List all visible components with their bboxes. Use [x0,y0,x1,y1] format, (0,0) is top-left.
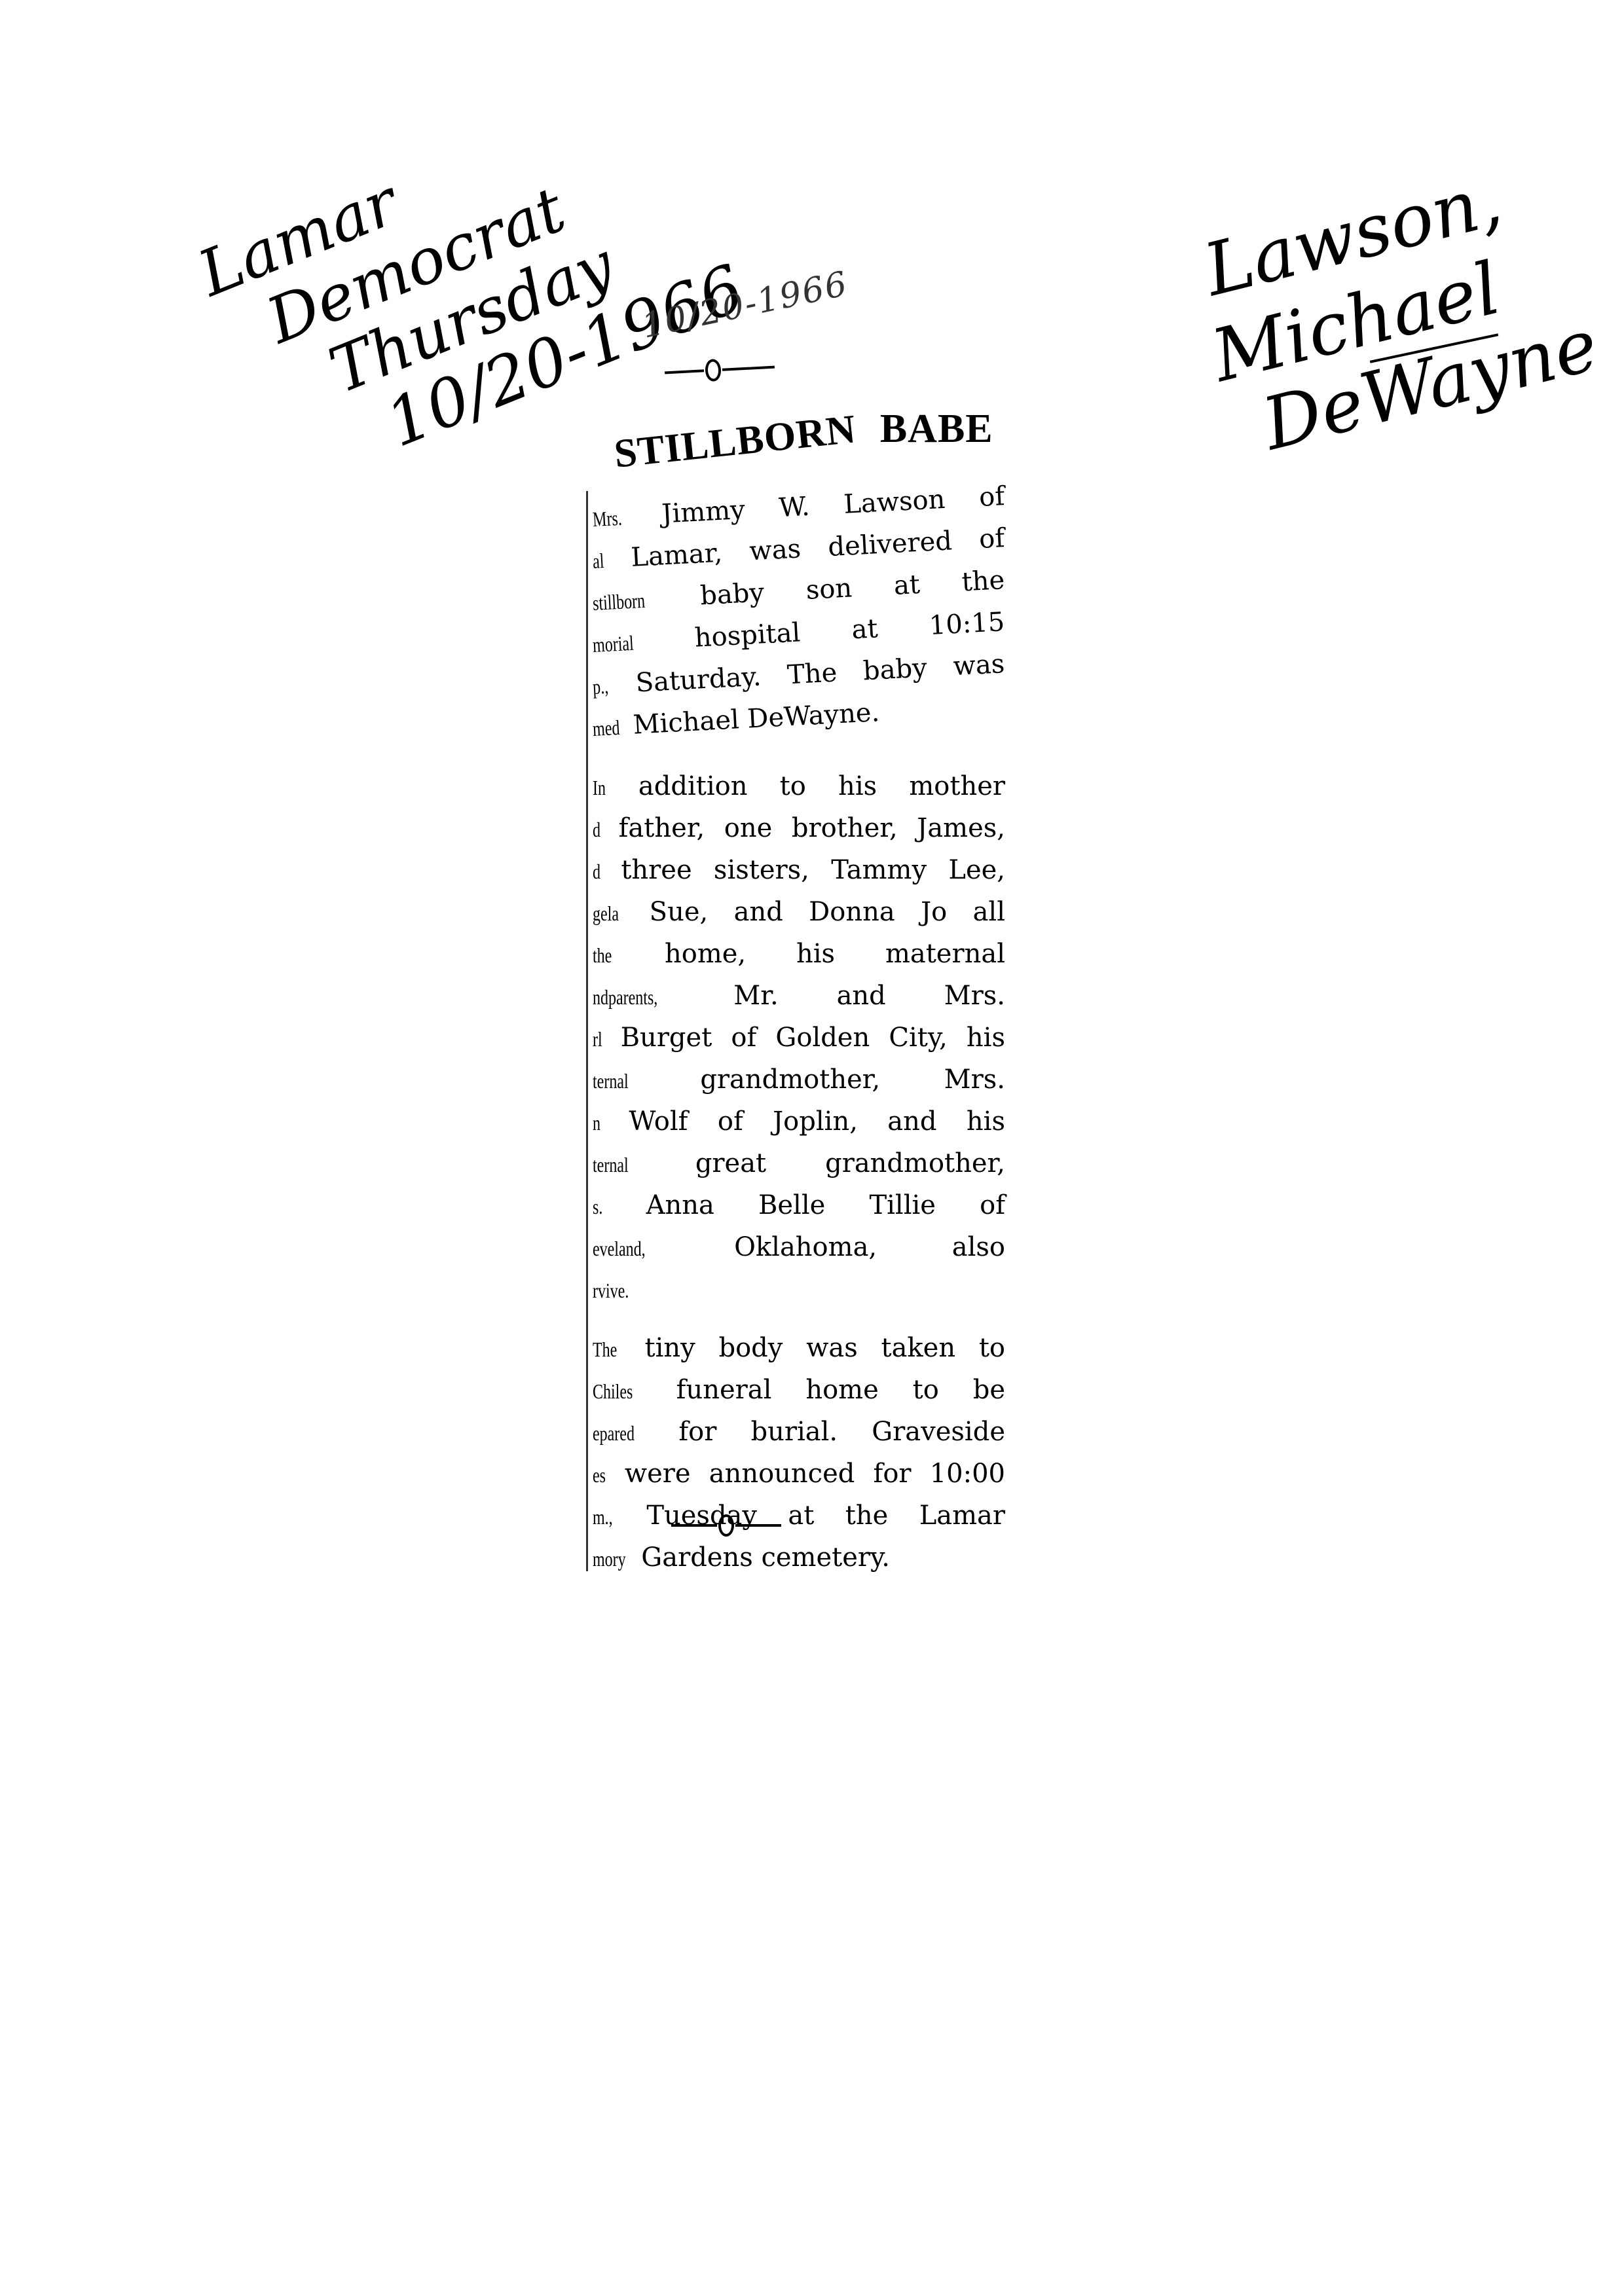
article-paragraph: In addition to his motherd father, one b… [593,766,1005,1311]
article-line: ternal grandmother, Mrs. [593,1059,1005,1101]
article-line: mory Gardens cemetery. [593,1537,1005,1579]
article-line: d father, one brother, James, [593,808,1005,850]
article-body: Mrs. Jimmy W. Lawson ofal Lamar, was del… [593,498,1005,1596]
truncated-word-fragment: d [593,851,600,892]
article-line: d three sisters, Tammy Lee, [593,850,1005,892]
article-line: gela Sue, and Donna Jo all [593,892,1005,934]
article-line: rl Burget of Golden City, his [593,1017,1005,1059]
truncated-word-fragment: m., [593,1497,613,1537]
article-line: epared for burial. Graveside [593,1412,1005,1453]
article-line-text: addition to his mother [638,771,1005,801]
truncated-word-fragment: rl [593,1019,602,1059]
article-line: In addition to his mother [593,766,1005,808]
article-line: the home, his maternal [593,934,1005,975]
truncated-word-fragment: s. [593,1186,602,1227]
truncated-word-fragment: stillborn [591,580,646,623]
article-line-text: three sisters, Tammy Lee, [621,855,1005,885]
article-line-text: Sue, and Donna Jo all [650,897,1005,927]
truncated-word-fragment: ternal [593,1061,629,1101]
article-line-text: Gardens cemetery. [641,1542,890,1573]
article-headline: STILLBORN BABE [616,406,993,452]
article-line-text: father, one brother, James, [619,813,1005,843]
article-line-text: great grandmother, [695,1148,1005,1178]
truncated-word-fragment: gela [593,893,619,934]
article-line: ternal great grandmother, [593,1143,1005,1185]
article-line-text: grandmother, Mrs. [700,1065,1005,1095]
headline-word: STILLBORN [612,406,858,477]
truncated-word-fragment: ternal [593,1144,629,1185]
article-line-text: Wolf of Joplin, and his [629,1106,1005,1137]
article-line-text: were announced for 10:00 [625,1459,1005,1489]
truncated-word-fragment: epared [593,1413,635,1453]
article-line: ndparents, Mr. and Mrs. [593,975,1005,1017]
truncated-word-fragment: al [591,540,605,581]
article-line-text: Burget of Golden City, his [621,1023,1005,1053]
truncated-word-fragment: p., [591,666,609,707]
article-paragraph: Mrs. Jimmy W. Lawson ofal Lamar, was del… [593,498,1005,749]
truncated-word-fragment: d [593,809,600,850]
article-line: Chiles funeral home to be [593,1370,1005,1412]
truncated-word-fragment: rvive. [593,1270,629,1311]
truncated-word-fragment: es [593,1455,606,1495]
article-paragraph: The tiny body was taken toChiles funeral… [593,1328,1005,1579]
article-line-text: for burial. Graveside [678,1417,1005,1447]
truncated-word-fragment: morial [591,623,635,665]
article-line-text: home, his maternal [665,939,1005,969]
article-line-text: tiny body was taken to [645,1333,1006,1363]
section-divider-icon [671,1512,781,1539]
headline-word: BABE [880,407,993,451]
truncated-word-fragment: med [591,707,621,749]
article-line-text: Mr. and Mrs. [733,981,1005,1011]
truncated-word-fragment: Mrs. [591,498,623,539]
article-line: n Wolf of Joplin, and his [593,1101,1005,1143]
article-line-text: funeral home to be [676,1375,1005,1405]
article-line-text: Michael DeWayne. [632,697,880,740]
article-line: The tiny body was taken to [593,1328,1005,1370]
clipping-cut-edge [586,491,588,1571]
section-divider-icon [664,354,775,386]
article-line: es were announced for 10:00 [593,1453,1005,1495]
newspaper-clipping: 10/20-1966 STILLBORN BABE Mrs. Jimmy W. … [586,288,1012,1571]
truncated-word-fragment: ndparents, [593,977,657,1017]
article-line: rvive. [593,1269,1005,1311]
article-line: s. Anna Belle Tillie of [593,1185,1005,1227]
truncated-word-fragment: In [593,767,606,808]
article-line: eveland, Oklahoma, also [593,1227,1005,1269]
truncated-word-fragment: Chiles [593,1371,633,1412]
truncated-word-fragment: The [593,1329,617,1370]
handwritten-name-note: Lawson, Michael DeWayne [1172,124,1604,471]
truncated-word-fragment: n [593,1102,600,1143]
article-line-text: Anna Belle Tillie of [646,1190,1005,1220]
article-line-text: Oklahoma, also [734,1232,1005,1262]
truncated-word-fragment: mory [593,1539,626,1579]
truncated-word-fragment: the [593,935,612,975]
truncated-word-fragment: eveland, [593,1228,646,1269]
article-line: m., Tuesday at the Lamar [593,1495,1005,1537]
